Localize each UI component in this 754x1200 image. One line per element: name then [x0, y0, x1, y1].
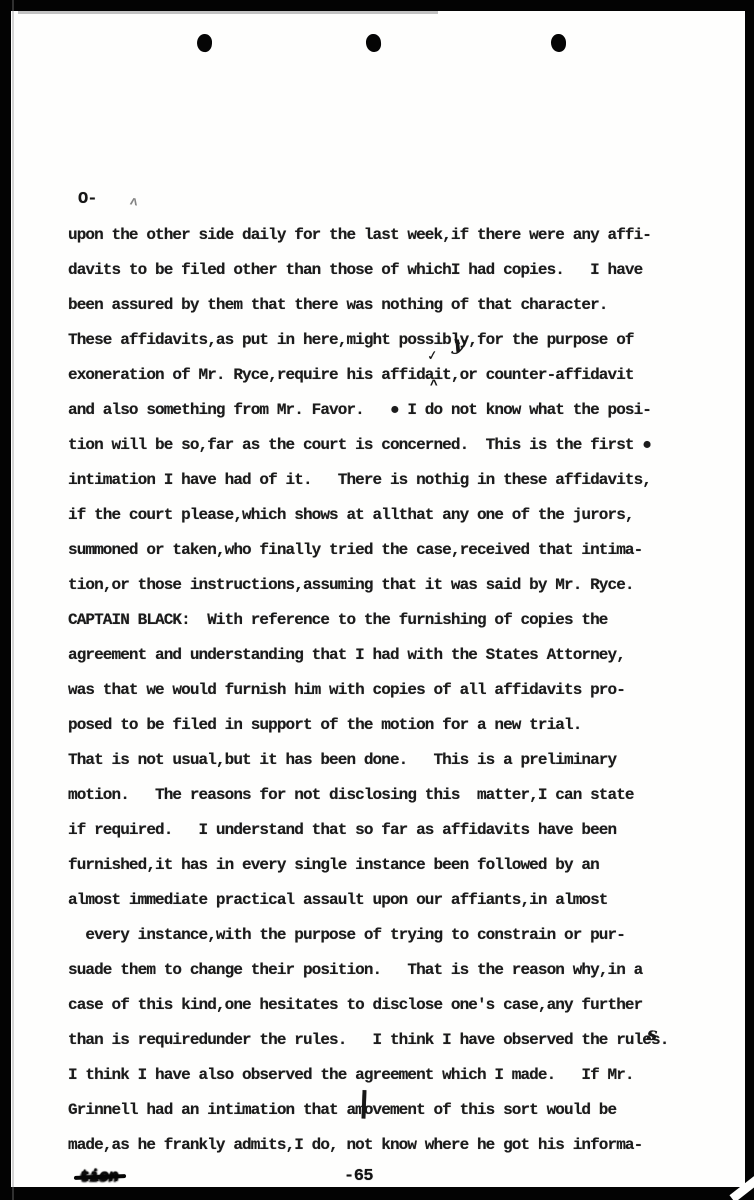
text-line: These affidavits,as put in here,might po…: [68, 323, 728, 358]
text-line: Grinnell had an intimation that amovemen…: [68, 1093, 728, 1128]
scan-edge-shadow: [12, 0, 14, 1200]
header-mark: O-: [78, 190, 96, 210]
text-line: davits to be filed other than those of w…: [68, 253, 728, 288]
punch-hole-mark: [551, 34, 566, 52]
punch-hole-mark: [196, 33, 213, 52]
insertion-caret-mark: ^: [430, 379, 438, 392]
handwritten-s-mark: s: [646, 1026, 658, 1045]
text-line: almost immediate practical assault upon …: [68, 883, 728, 918]
text-line: furnished,it has in every single instanc…: [68, 848, 728, 883]
scanned-document-page: O- ʌ upon the other side daily for the l…: [0, 0, 754, 1200]
text-line: made,as he frankly admits,I do, not know…: [68, 1128, 728, 1163]
scan-border-top: [0, 0, 754, 11]
text-line: agreement and understanding that I had w…: [68, 638, 728, 673]
header-smudge-mark: ʌ: [129, 193, 139, 209]
text-line: case of this kind,one hesitates to discl…: [68, 988, 728, 1023]
text-line: upon the other side daily for the last w…: [68, 218, 728, 253]
text-line: tion will be so,far as the court is conc…: [68, 428, 728, 463]
text-line: than is requiredunder the rules. I think…: [68, 1023, 728, 1058]
inserted-check-mark: ✓: [427, 348, 438, 364]
text-line: tion,or those instructions,assuming that…: [68, 568, 728, 603]
text-line: if the court please,which shows at allth…: [68, 498, 728, 533]
page-number: -65: [344, 1166, 373, 1188]
scan-border-left: [0, 0, 11, 1200]
text-line: every instance,with the purpose of tryin…: [68, 918, 728, 953]
struck-word: tion: [79, 1166, 120, 1188]
text-line: motion. The reasons for not disclosing t…: [68, 778, 728, 813]
scan-border-right: [745, 0, 754, 1200]
text-line: CAPTAIN BLACK: With reference to the fur…: [68, 603, 728, 638]
text-line: and also something from Mr. Favor. ● I d…: [68, 393, 728, 428]
text-line: I think I have also observed the agreeme…: [68, 1058, 728, 1093]
text-line: That is not usual,but it has been done. …: [68, 743, 728, 778]
text-block: upon the other side daily for the last w…: [68, 218, 728, 1163]
pen-stroke-mark: |: [354, 1090, 373, 1121]
scan-top-shadow: [18, 11, 438, 14]
text-line: exoneration of Mr. Ryce,require his affi…: [68, 358, 728, 393]
text-line: was that we would furnish him with copie…: [68, 673, 728, 708]
text-line: been assured by them that there was noth…: [68, 288, 728, 323]
text-line: if required. I understand that so far as…: [68, 813, 728, 848]
scan-border-bottom: [0, 1187, 754, 1200]
text-line: posed to be filed in support of the moti…: [68, 708, 728, 743]
text-line: intimation I have had of it. There is no…: [68, 463, 728, 498]
handwritten-y-mark: y: [452, 332, 466, 353]
text-line: summoned or taken,who finally tried the …: [68, 533, 728, 568]
punch-hole-mark: [365, 33, 381, 52]
text-line: suade them to change their position. Tha…: [68, 953, 728, 988]
